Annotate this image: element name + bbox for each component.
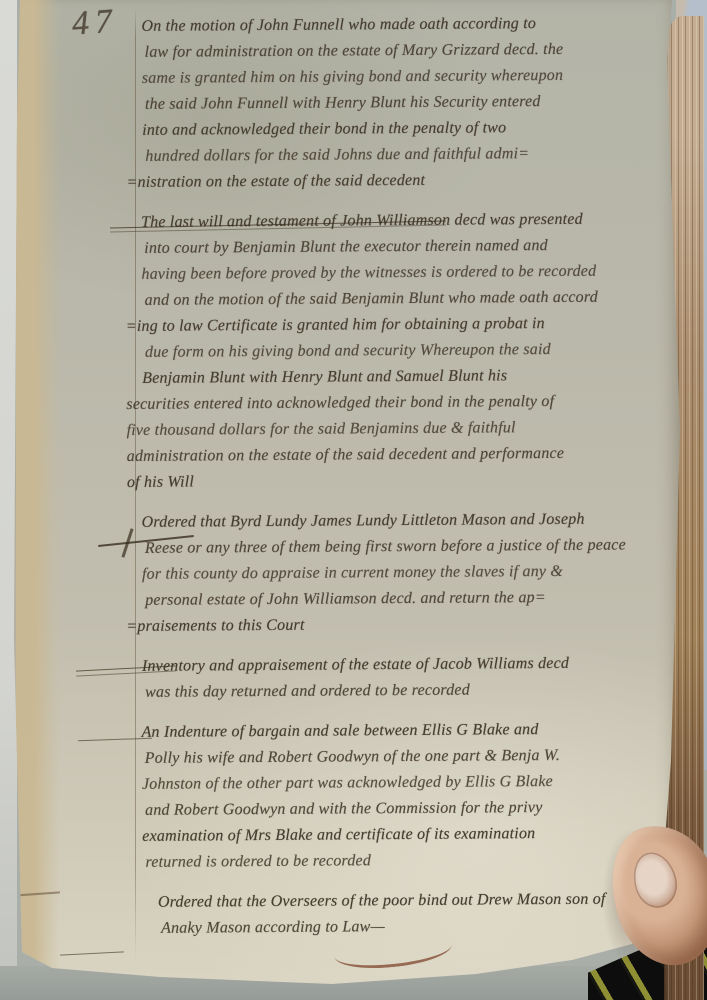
manuscript-line: examination of Mrs Blake and certificate… [142, 820, 670, 850]
court-entry-appraisers-order: Ordered that Byrd Lundy James Lundy Litt… [142, 506, 671, 640]
manuscript-line: =praisements to this Court [126, 610, 670, 640]
manuscript-line: personal estate of John Williamson decd.… [145, 584, 670, 614]
manuscript-line: Benjamin Blunt with Henry Blunt and Samu… [142, 362, 670, 392]
manuscript-line: Reese or any three of them being first s… [145, 532, 670, 562]
court-entry-williamson-will: The last will and testament of John Will… [141, 206, 671, 496]
manuscript-line: Polly his wife and Robert Goodwyn of the… [145, 742, 670, 772]
manuscript-line: securities entered into acknowledged the… [126, 388, 670, 418]
manuscript-line: Ordered that Byrd Lundy James Lundy Litt… [142, 506, 670, 536]
manuscript-line: On the motion of John Funnell who made o… [141, 10, 669, 40]
manuscript-line: five thousand dollars for the said Benja… [126, 414, 670, 444]
manuscript-line: of his Will [127, 466, 671, 496]
manuscript-line: An Indenture of bargain and sale between… [141, 716, 669, 746]
court-entry-funnell-administration: On the motion of John Funnell who made o… [141, 10, 670, 196]
manuscript-line: administration on the estate of the said… [127, 440, 671, 470]
thumb-holding-page [608, 818, 707, 970]
manuscript-line: and on the motion of the said Benjamin B… [145, 284, 670, 314]
manuscript-line: =ing to law Certificate is granted him f… [126, 310, 670, 340]
page-number: 47 [71, 2, 120, 43]
manuscript-line: for this county do appraise in current m… [142, 558, 670, 588]
manuscript-line: law for administration on the estate of … [145, 36, 670, 66]
manuscript-text: On the motion of John Funnell who made o… [142, 12, 670, 954]
manuscript-line: Ordered that the Overseers of the poor b… [158, 886, 670, 916]
page-left-deckle-edge [16, 0, 60, 992]
manuscript-line: returned is ordered to be recorded [145, 846, 670, 876]
ink-margin-dash [60, 951, 124, 955]
manuscript-line: Inventory and appraisement of the estate… [142, 650, 670, 680]
manuscript-line: into court by Benjamin Blunt the executo… [144, 232, 669, 262]
manuscript-line: Johnston of the other part was acknowled… [142, 768, 670, 798]
manuscript-line: the said John Funnell with Henry Blunt h… [145, 88, 670, 118]
ledger-page: 47 On the motion of John Funnell who mad… [14, 0, 680, 992]
manuscript-line: having been before proved by the witness… [141, 258, 669, 288]
manuscript-line: due form on his giving bond and security… [145, 336, 670, 366]
court-entry-indenture-blake: An Indenture of bargain and sale between… [141, 716, 670, 876]
manuscript-line: hundred dollars for the said Johns due a… [145, 140, 670, 170]
court-entry-inventory-williams: Inventory and appraisement of the estate… [142, 650, 670, 706]
background-left-strip [0, 0, 17, 978]
manuscript-line: =nistration on the estate of the said de… [126, 166, 670, 196]
manuscript-line: was this day returned and ordered to be … [145, 676, 670, 706]
photo-of-ledger-page: 47 On the motion of John Funnell who mad… [0, 0, 707, 1000]
manuscript-line: into and acknowledged their bond in the … [142, 114, 670, 144]
manuscript-line: same is granted him on his giving bond a… [142, 62, 670, 92]
manuscript-line: and Robert Goodwyn and with the Commissi… [145, 794, 670, 824]
